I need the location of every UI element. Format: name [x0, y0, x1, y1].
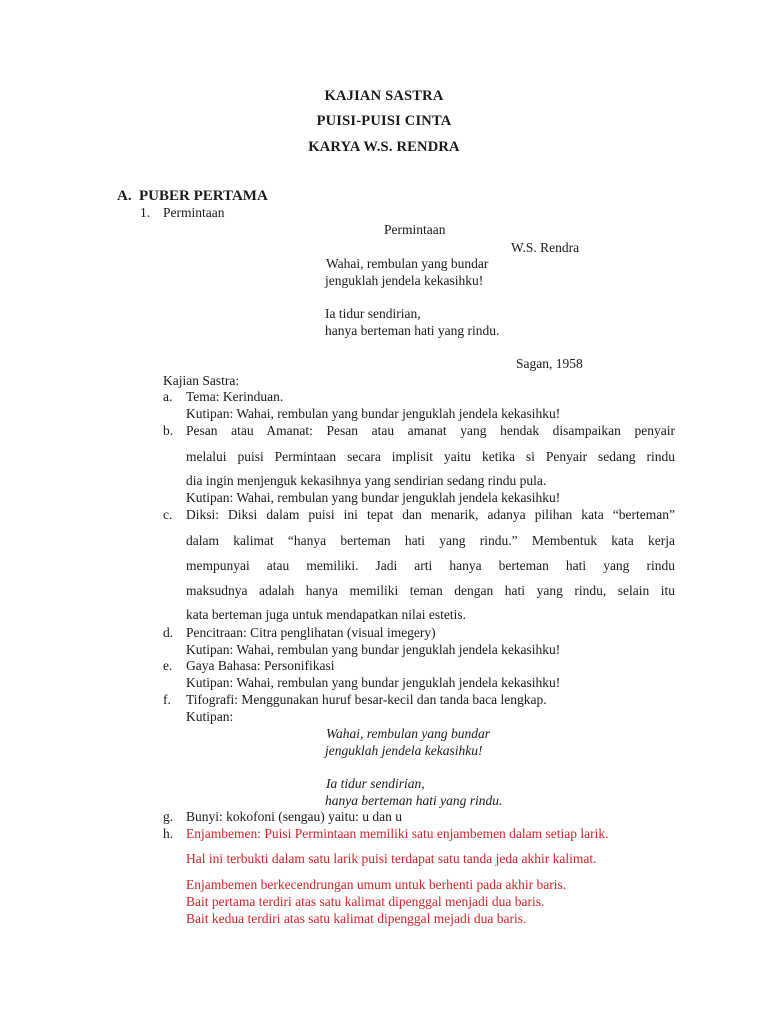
item-b-line: melalui puisi Permintaan secara implisit… [186, 449, 675, 465]
item-d-line: Pencitraan: Citra penglihatan (visual im… [186, 625, 436, 641]
item-c-line: mempunyai atau memiliki. Jadi arti hanya… [186, 558, 675, 574]
item-g-line: Bunyi: kokofoni (sengau) yaitu: u dan u [186, 809, 402, 825]
subsection-marker: 1. [140, 205, 150, 221]
poem-line: jenguklah jendela kekasihku! [325, 273, 483, 289]
item-f-line: Tifografi: Menggunakan huruf besar-kecil… [186, 692, 547, 708]
item-d-quote: Kutipan: Wahai, rembulan yang bundar jen… [186, 642, 560, 658]
doc-title-line-3: KARYA W.S. RENDRA [0, 139, 768, 156]
quote-poem-line: jenguklah jendela kekasihku! [325, 743, 482, 759]
item-c-line: kata berteman juga untuk mendapatkan nil… [186, 607, 466, 623]
quote-poem-line: Wahai, rembulan yang bundar [326, 726, 490, 742]
doc-title-line-2: PUISI-PUISI CINTA [0, 113, 768, 130]
item-marker-a: a. [163, 389, 172, 405]
poem-line: Ia tidur sendirian, [325, 306, 421, 322]
section-title: PUBER PERTAMA [139, 188, 268, 205]
item-marker-g: g. [163, 809, 173, 825]
poem-line: Wahai, rembulan yang bundar [326, 256, 488, 272]
item-b-quote: Kutipan: Wahai, rembulan yang bundar jen… [186, 490, 560, 506]
item-h-line: Enjambemen berkecendrungan umum untuk be… [186, 877, 566, 893]
item-marker-h: h. [163, 826, 173, 842]
doc-title-line-1: KAJIAN SASTRA [0, 88, 768, 105]
item-c-line: maksudnya adalah hanya memiliki teman de… [186, 583, 675, 599]
item-marker-b: b. [163, 423, 173, 439]
section-marker: A. [117, 188, 132, 205]
poem-place-date: Sagan, 1958 [516, 356, 583, 372]
item-c-line: Diksi: Diksi dalam puisi ini tepat dan m… [186, 507, 675, 523]
analysis-heading: Kajian Sastra: [163, 373, 239, 389]
item-h-line: Bait pertama terdiri atas satu kalimat d… [186, 894, 544, 910]
item-e-quote: Kutipan: Wahai, rembulan yang bundar jen… [186, 675, 560, 691]
item-e-line: Gaya Bahasa: Personifikasi [186, 658, 334, 674]
poem-title: Permintaan [384, 222, 445, 238]
item-marker-f: f. [163, 692, 171, 708]
poem-author: W.S. Rendra [511, 240, 579, 256]
item-marker-c: c. [163, 507, 172, 523]
item-b-line: dia ingin menjenguk kekasihnya yang send… [186, 473, 546, 489]
item-f-quote-label: Kutipan: [186, 709, 233, 725]
item-b-line: Pesan atau Amanat: Pesan atau amanat yan… [186, 423, 675, 439]
quote-poem-line: Ia tidur sendirian, [326, 776, 425, 792]
poem-line: hanya berteman hati yang rindu. [325, 323, 499, 339]
item-a-line: Tema: Kerinduan. [186, 389, 283, 405]
item-a-quote: Kutipan: Wahai, rembulan yang bundar jen… [186, 406, 560, 422]
item-h-line: Hal ini terbukti dalam satu larik puisi … [186, 851, 597, 867]
document-page: KAJIAN SASTRA PUISI-PUISI CINTA KARYA W.… [0, 0, 768, 1024]
item-marker-e: e. [163, 658, 172, 674]
item-c-line: dalam kalimat “hanya berteman hati yang … [186, 533, 675, 549]
item-h-line: Enjambemen: Puisi Permintaan memiliki sa… [186, 826, 609, 842]
subsection-title: Permintaan [163, 205, 224, 221]
item-marker-d: d. [163, 625, 173, 641]
item-h-line: Bait kedua terdiri atas satu kalimat dip… [186, 911, 526, 927]
quote-poem-line: hanya berteman hati yang rindu. [325, 793, 502, 809]
